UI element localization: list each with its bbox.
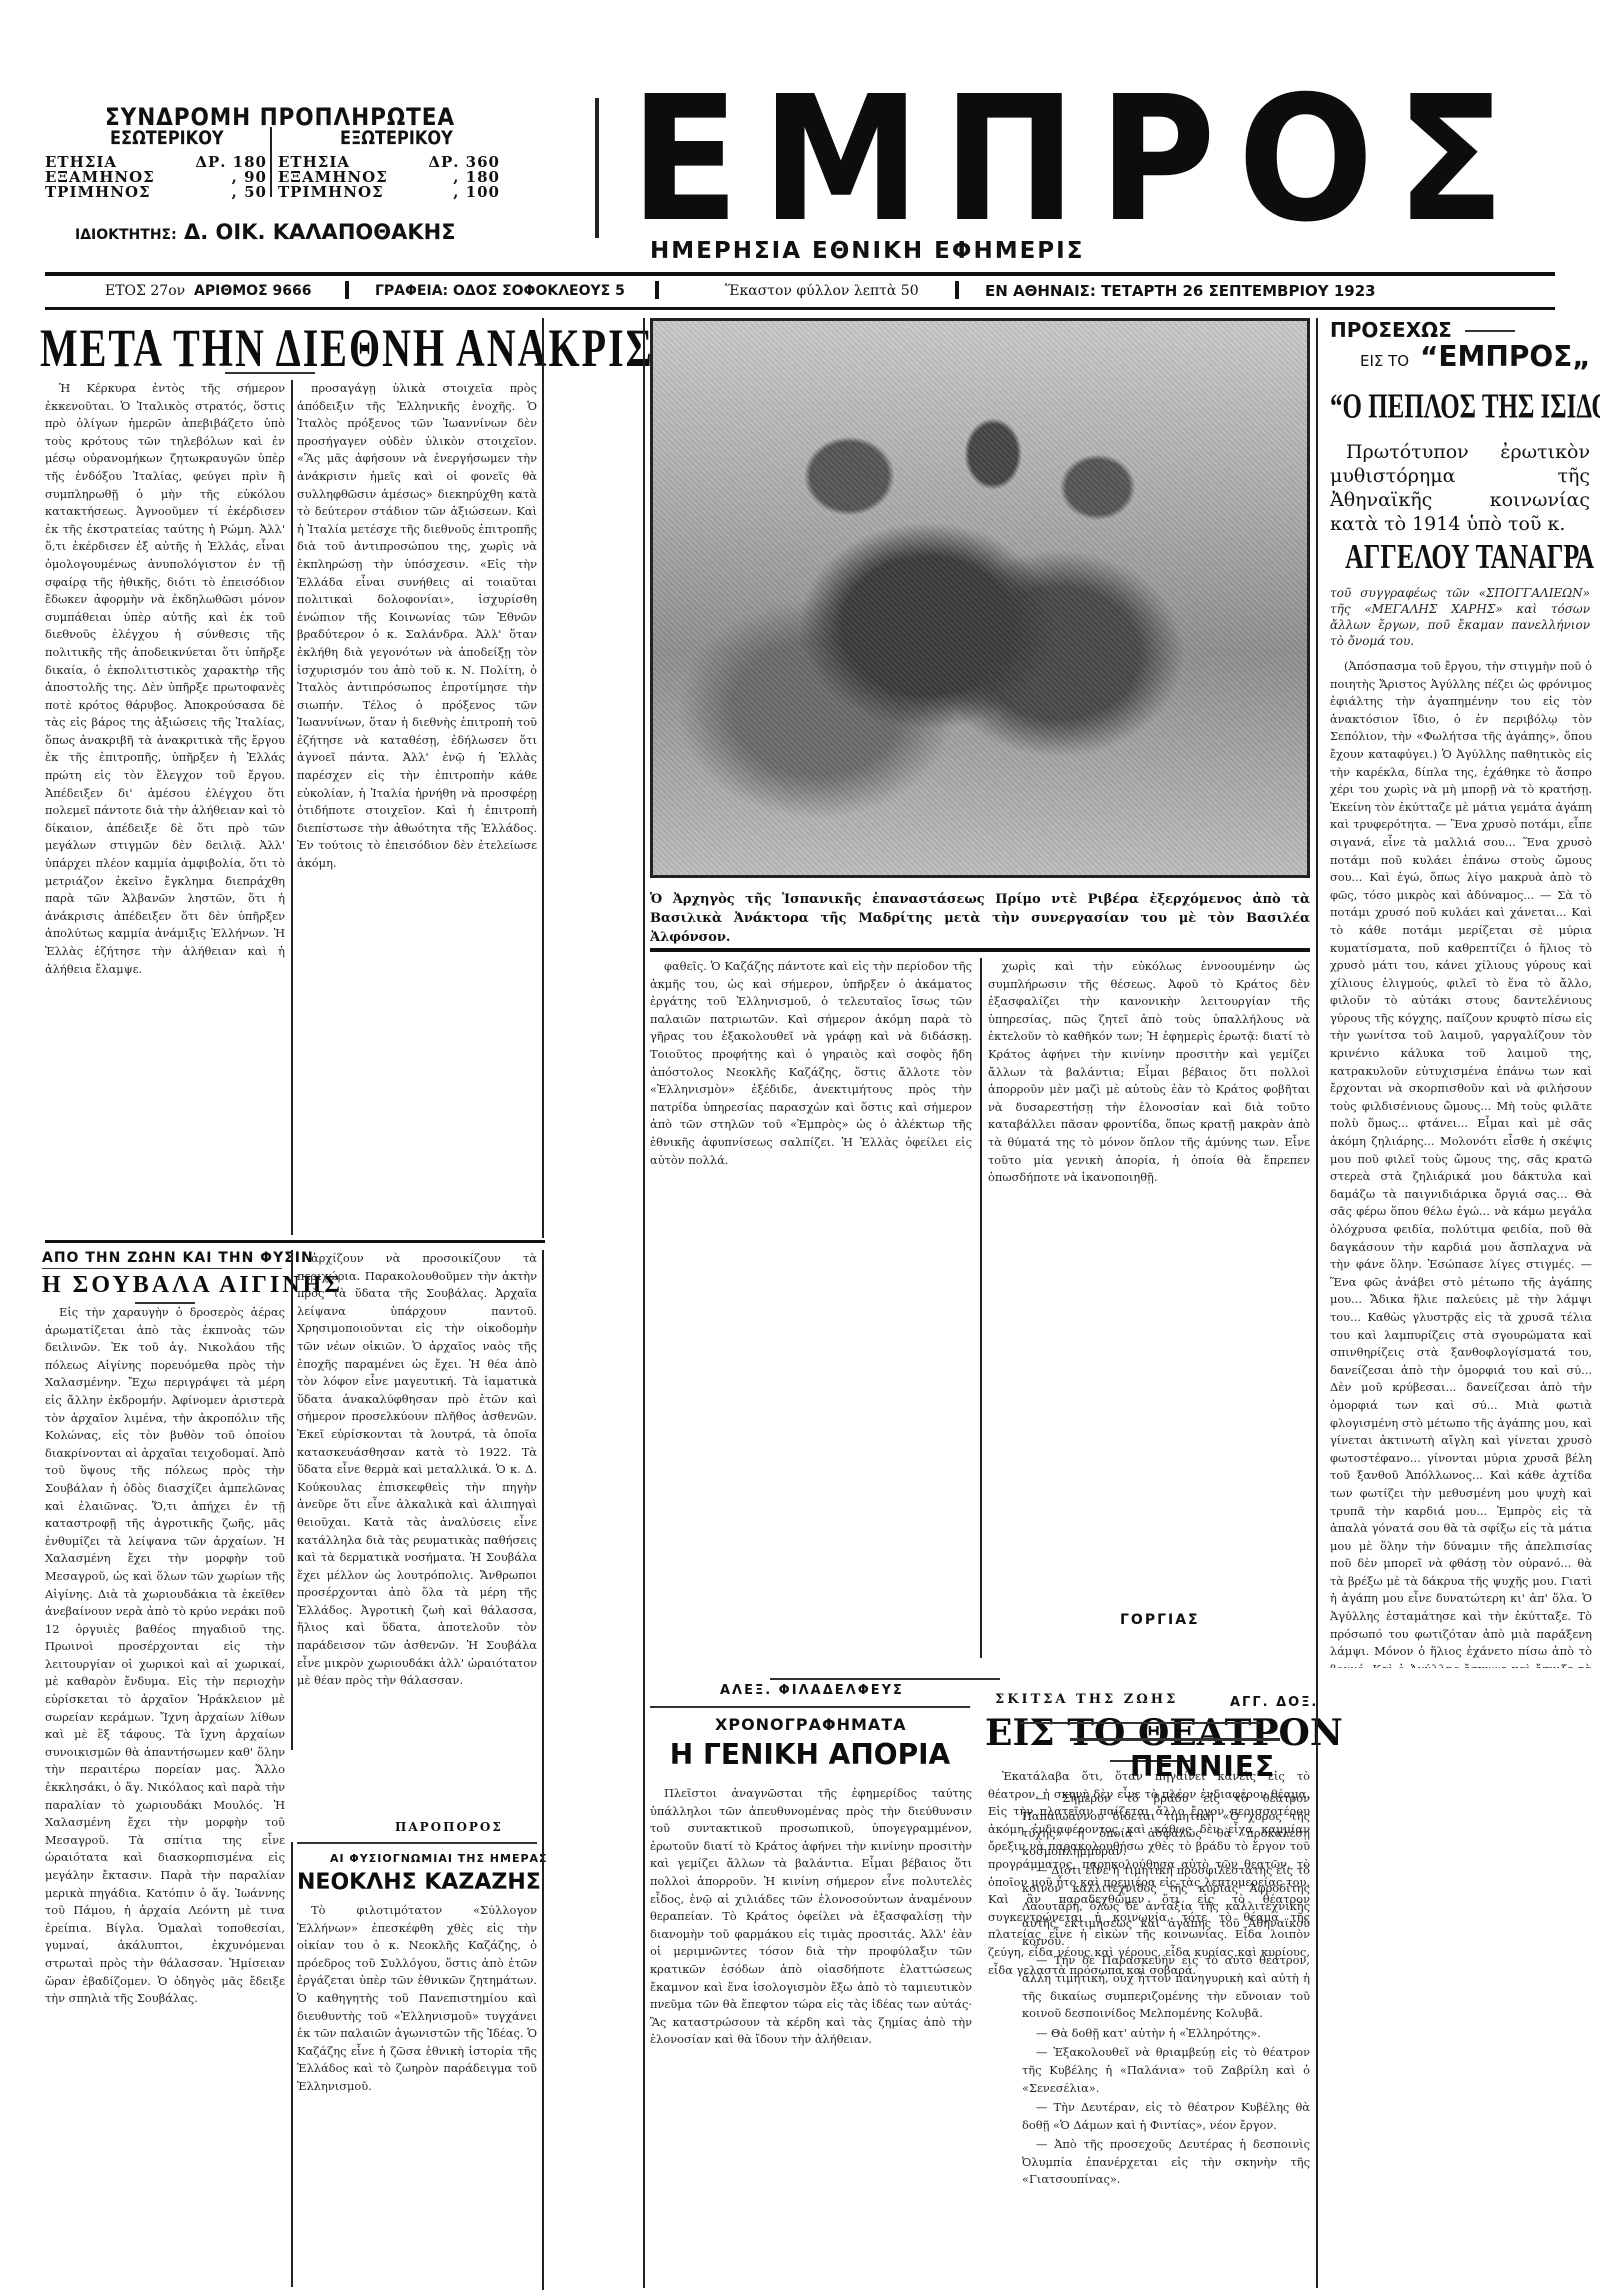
pennies-item: — Διότι εἶνε ἡ τιμητικὴ προσφιλεστάτης ε… [1022, 1862, 1310, 1950]
chronicle-section: ΧΡΟΝΟΓΡΑΦΗΜΑΤΑ [715, 1715, 907, 1734]
promo-attention: ΠΡΟΣΕΧΩΣ [1330, 318, 1452, 342]
promo-description: Πρωτότυπον ἐρωτικὸν μυθιστόρημα τῆς Ἀθην… [1330, 440, 1590, 535]
foreign-row-quarter: ΤΡΙΜΗΝΟΣ, 100 [278, 183, 500, 201]
column-divider [291, 1842, 293, 2287]
section-rule [1070, 1738, 1280, 1741]
strip-separator [655, 281, 659, 299]
column-divider [542, 318, 544, 1238]
lead-col-2: προσαγάγῃ ὑλικὰ στοιχεῖα πρὸς ἀπόδειξιν … [297, 380, 537, 1240]
section-rule [45, 1240, 545, 1243]
column-divider [1316, 318, 1318, 2288]
lead-col-1: Ἡ Κέρκυρα ἐντὸς τῆς σήμερον ἐκκενοῦται. … [45, 380, 285, 1240]
promo-in-the: ΕΙΣ ΤΟ [1360, 352, 1409, 370]
obituary-headline: ΝΕΟΚΛΗΣ ΚΑΖΑΖΗΣ [297, 1870, 537, 1895]
issue-price: Ἕκαστον φύλλον λεπτὰ 50 [725, 276, 919, 306]
section-rule [770, 1678, 1000, 1680]
pennies-headline: ΠΕΝΝΙΕΣ [1130, 1750, 1275, 1783]
promo-author-note: τοῦ συγγραφέως τῶν «ΣΠΟΓΓΑΛΙΕΩΝ» τῆς «ΜΕ… [1330, 585, 1590, 655]
aegina-signature: ΠΑΡΟΠΟΡΟΣ [395, 1820, 503, 1834]
column-divider [291, 1250, 293, 1750]
chronicle-body: Πλεῖστοι ἀναγνῶσται τῆς ἐφημερίδος ταύτη… [650, 1785, 972, 2285]
column-divider [291, 380, 293, 1235]
headline-underline [225, 372, 315, 374]
pennies-item: — Σήμερον τὸ βράδυ εἰς τὸ θέατρον Παπαιω… [1022, 1790, 1310, 1860]
newspaper-logo: ΕΜΠΡΟΣ [630, 95, 1410, 235]
aegina-col-1: Εἰς τὴν χαραυγὴν ὁ δροσερὸς ἀέρας ἀρωματ… [45, 1304, 285, 2289]
kazazis-continued: φαθεῖς. Ὁ Καζάζης πάντοτε καὶ εἰς τὴν πε… [650, 958, 972, 1593]
section-rule [42, 1268, 282, 1269]
strip-separator [345, 281, 349, 299]
promo-excerpt: (Ἀπόσπασμα τοῦ ἔργου, τὴν στιγμὴν ποῦ ὁ … [1330, 658, 1592, 1668]
offices-address: ΓΡΑΦΕΙΑ: ΟΔΟΣ ΣΟΦΟΚΛΕΟΥΣ 5 [375, 276, 625, 306]
news-photo [650, 318, 1310, 878]
aegina-headline: Η ΣΟΥΒΑΛΑ ΑΙΓΙΝΗΣ [42, 1272, 282, 1299]
domestic-label: ΕΣΩΤΕΡΙΚΟΥ [110, 127, 224, 149]
obituary-section: ΑΙ ΦΥΣΙΟΓΝΩΜΙΑΙ ΤΗΣ ΗΜΕΡΑΣ [330, 1852, 548, 1865]
column-divider [643, 318, 645, 2288]
chronicle-headline: Η ΓΕΝΙΚΗ ΑΠΟΡΙΑ [650, 1738, 970, 1771]
column-divider [542, 1250, 544, 2290]
foreign-label: ΕΞΩΤΕΡΙΚΟΥ [340, 127, 453, 149]
pennies-item: — Ἐξακολουθεῖ νὰ θριαμβεύῃ εἰς τὸ θέατρο… [1022, 2044, 1310, 2097]
subscription-divider [270, 127, 272, 197]
promo-paper-name: “ΕΜΠΡΟΣ„ [1420, 340, 1591, 373]
column-divider [980, 958, 982, 1658]
promo-author: ΑΓΓΕΛΟΥ ΤΑΝΑΓΡΑ [1345, 537, 1594, 578]
section-rule [297, 1842, 537, 1844]
promo-novel-title: “Ο ΠΕΠΛΟΣ ΤΗΣ ΙΣΙΔΟΣ„ [1330, 388, 1600, 427]
subscription-box: ΣΥΝΔΡΟΜΗ ΠΡΟΠΛΗΡΩΤΕΑ ΕΣΩΤΕΡΙΚΟΥ ΕΞΩΤΕΡΙΚ… [40, 95, 520, 265]
theatre-section: ΣΚΙΤΣΑ ΤΗΣ ΖΩΗΣ [995, 1692, 1178, 1707]
lead-headline: ΜΕΤΑ ΤΗΝ ΔΙΕΘΝΗ ΑΝΑΚΡΙΣΙΝ [40, 316, 540, 379]
caption-rule [650, 948, 1310, 952]
bottom-rule [45, 307, 1555, 310]
pennies-item: — Θὰ δοθῇ κατ' αὐτὴν ἡ «Ἐλληρότης». [1022, 2025, 1310, 2043]
philadelpheus-signature: ΑΛΕΞ. ΦΙΛΑΔΕΛΦΕΥΣ [720, 1683, 904, 1698]
review-signature: ΑΓΓ. ΔΟΞ. [1230, 1695, 1318, 1710]
owner-line: ΙΔΙΟΚΤΗΤΗΣ: Δ. ΟΙΚ. ΚΑΛΑΠΟΘΑΚΗΣ [75, 220, 456, 244]
logo-left-bar [595, 98, 599, 238]
issue-date: ΕΝ ΑΘΗΝΑΙΣ: ΤΕΤΑΡΤΗ 26 ΣΕΠΤΕΜΒΡΙΟΥ 1923 [985, 276, 1376, 306]
domestic-row-quarter: ΤΡΙΜΗΝΟΣ, 50 [45, 183, 267, 201]
promo-rule [1465, 330, 1515, 332]
pennies-item: — Ἀπὸ τῆς προσεχοῦς Δευτέρας ἡ δεσποινὶς… [1022, 2136, 1310, 2189]
aegina-section: ΑΠΟ ΤΗΝ ΖΩΗΝ ΚΑΙ ΤΗΝ ΦΥΣΙΝ [42, 1250, 314, 1266]
section-rule [1020, 1722, 1260, 1724]
owner-label: ΙΔΙΟΚΤΗΤΗΣ: [75, 227, 177, 243]
obituary-body: Τὸ φιλοτιμότατον «Σύλλογον Ἑλλήνων» ἐπεσ… [297, 1902, 537, 2287]
pennies-item: — Τὴν δὲ Παρασκευὴν εἰς τὸ αὐτὸ θέατρον,… [1022, 1952, 1310, 2022]
issue-number: ΑΡΙΘΜΟΣ 9666 [194, 283, 311, 299]
pennies-list: — Σήμερον τὸ βράδυ εἰς τὸ θέατρον Παπαιω… [1022, 1790, 1310, 2290]
aegina-col-2: ἀρχίζουν νὰ προσοικίζουν τὰ περιχώρια. Π… [297, 1250, 537, 1815]
strip-separator [955, 281, 959, 299]
owner-name: Δ. ΟΙΚ. ΚΑΛΑΠΟΘΑΚΗΣ [184, 220, 456, 244]
photo-caption: Ὁ Ἀρχηγὸς τῆς Ἱσπανικῆς ἐπαναστάσεως Πρί… [650, 890, 1310, 947]
issue-year: ΕΤΟΣ 27ον ΑΡΙΘΜΟΣ 9666 [105, 276, 312, 306]
theatre-headline: ΕΙΣ ΤΟ ΘΕΑΤΡΟΝ [985, 1712, 1315, 1754]
newspaper-tagline: ΗΜΕΡΗΣΙΑ ΕΘΝΙΚΗ ΕΦΗΜΕΡΙΣ [650, 238, 1084, 264]
chronicle-continued: χωρὶς καὶ τὴν εὐκόλως ἐννοουμένην ὡς συμ… [988, 958, 1310, 1558]
pennies-item: — Τὴν Δευτέραν, εἰς τὸ θέατρον Κυβέλης θ… [1022, 2099, 1310, 2134]
section-rule [650, 1706, 970, 1708]
gorgias-signature: ΓΟΡΓΙΑΣ [1120, 1612, 1200, 1628]
